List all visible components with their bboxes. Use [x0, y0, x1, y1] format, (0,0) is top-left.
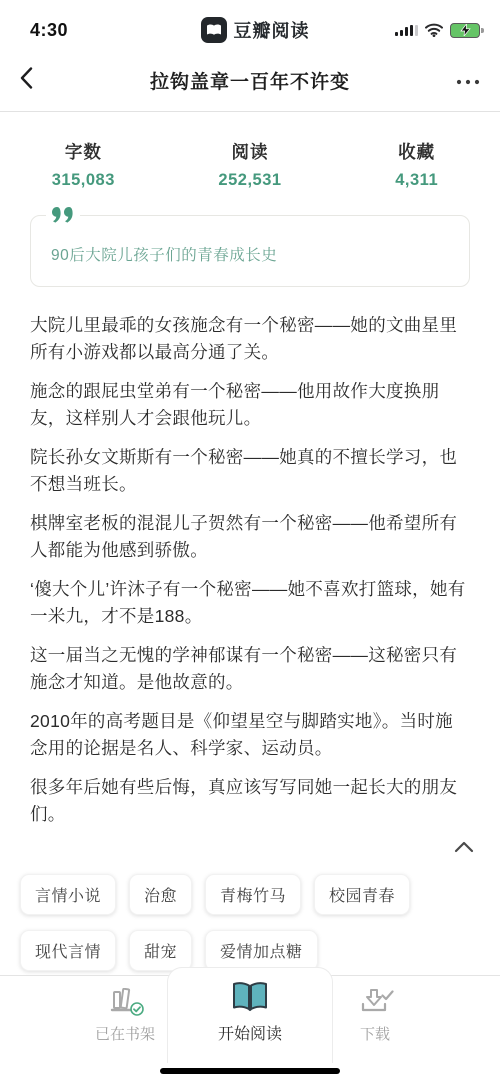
- description-paragraph: 这一届当之无愧的学神郁谋有一个秘密——这秘密只有施念才知道。是他故意的。: [30, 642, 470, 696]
- stat-value: 4,311: [333, 171, 500, 190]
- bookshelf-check-icon: [110, 988, 140, 1016]
- on-shelf-label: 已在书架: [95, 1023, 155, 1044]
- description-paragraph: 大院儿里最乖的女孩施念有一个秘密——她的文曲星里所有小游戏都以最高分通了关。: [30, 312, 470, 366]
- bottom-action-bar: 已在书架 开始阅读 下载: [0, 975, 500, 1082]
- stat-label: 收藏: [333, 139, 500, 164]
- cellular-signal-icon: [395, 24, 419, 36]
- tag-chip[interactable]: 爱情加点糖: [205, 930, 318, 971]
- description-paragraph: ‘傻大个儿’许沐子有一个秘密——她不喜欢打篮球，她有一米九，才不是188。: [30, 576, 470, 630]
- stat-word-count: 字数 315,083: [0, 139, 167, 190]
- tag-chip[interactable]: 甜宠: [129, 930, 192, 971]
- quote-marks-icon: [46, 206, 80, 223]
- download-check-icon: [360, 988, 390, 1016]
- book-stats: 字数 315,083 阅读 252,531 收藏 4,311: [0, 139, 500, 190]
- start-reading-label: 开始阅读: [218, 1021, 282, 1044]
- tag-chip[interactable]: 青梅竹马: [205, 874, 301, 915]
- home-indicator[interactable]: [160, 1068, 340, 1074]
- book-description: 大院儿里最乖的女孩施念有一个秘密——她的文曲星里所有小游戏都以最高分通了关。 施…: [30, 312, 470, 828]
- back-button[interactable]: [20, 67, 50, 94]
- description-paragraph: 2010年的高考题目是《仰望星空与脚踏实地》。当时施念用的论据是名人、科学家、运…: [30, 708, 470, 762]
- page-title: 拉钩盖章一百年不许变: [0, 67, 500, 94]
- tag-list: 言情小说 治愈 青梅竹马 校园青春 现代言情 甜宠 爱情加点糖: [20, 874, 480, 971]
- tag-chip[interactable]: 治愈: [129, 874, 192, 915]
- stat-value: 315,083: [0, 171, 167, 190]
- wifi-icon: [425, 23, 443, 37]
- description-paragraph: 很多年后她有些后悔，真应该写写同她一起长大的朋友们。: [30, 774, 470, 828]
- more-options-button[interactable]: [446, 72, 480, 90]
- tag-chip[interactable]: 言情小说: [20, 874, 116, 915]
- nav-bar: 拉钩盖章一百年不许变: [0, 50, 500, 112]
- start-reading-button[interactable]: 开始阅读: [167, 967, 333, 1063]
- app-name: 豆瓣阅读: [234, 17, 310, 43]
- stat-label: 字数: [0, 139, 167, 164]
- tag-chip[interactable]: 校园青春: [314, 874, 410, 915]
- status-bar: 4:30 豆瓣阅读: [0, 0, 500, 50]
- app-badge: 豆瓣阅读: [201, 17, 310, 43]
- stat-reads: 阅读 252,531: [167, 139, 334, 190]
- description-paragraph: 棋牌室老板的混混儿子贺然有一个秘密——他希望所有人都能为他感到骄傲。: [30, 510, 470, 564]
- douban-read-logo-icon: [201, 17, 227, 43]
- description-paragraph: 院长孙女文斯斯有一个秘密——她真的不擅长学习，也不想当班长。: [30, 444, 470, 498]
- tag-chip[interactable]: 现代言情: [20, 930, 116, 971]
- open-book-icon: [230, 981, 270, 1013]
- description-paragraph: 施念的跟屁虫堂弟有一个秘密——他用故作大度换朋友，这样别人才会跟他玩儿。: [30, 378, 470, 432]
- status-time: 4:30: [30, 20, 68, 40]
- stat-label: 阅读: [167, 139, 334, 164]
- stat-value: 252,531: [167, 171, 334, 190]
- editor-quote-card: 90后大院儿孩子们的青春成长史: [30, 215, 470, 287]
- battery-charging-icon: [450, 23, 480, 38]
- quote-text: 90后大院儿孩子们的青春成长史: [51, 243, 449, 265]
- collapse-description-button[interactable]: [452, 838, 476, 860]
- download-label: 下载: [360, 1023, 390, 1044]
- stat-favorites: 收藏 4,311: [333, 139, 500, 190]
